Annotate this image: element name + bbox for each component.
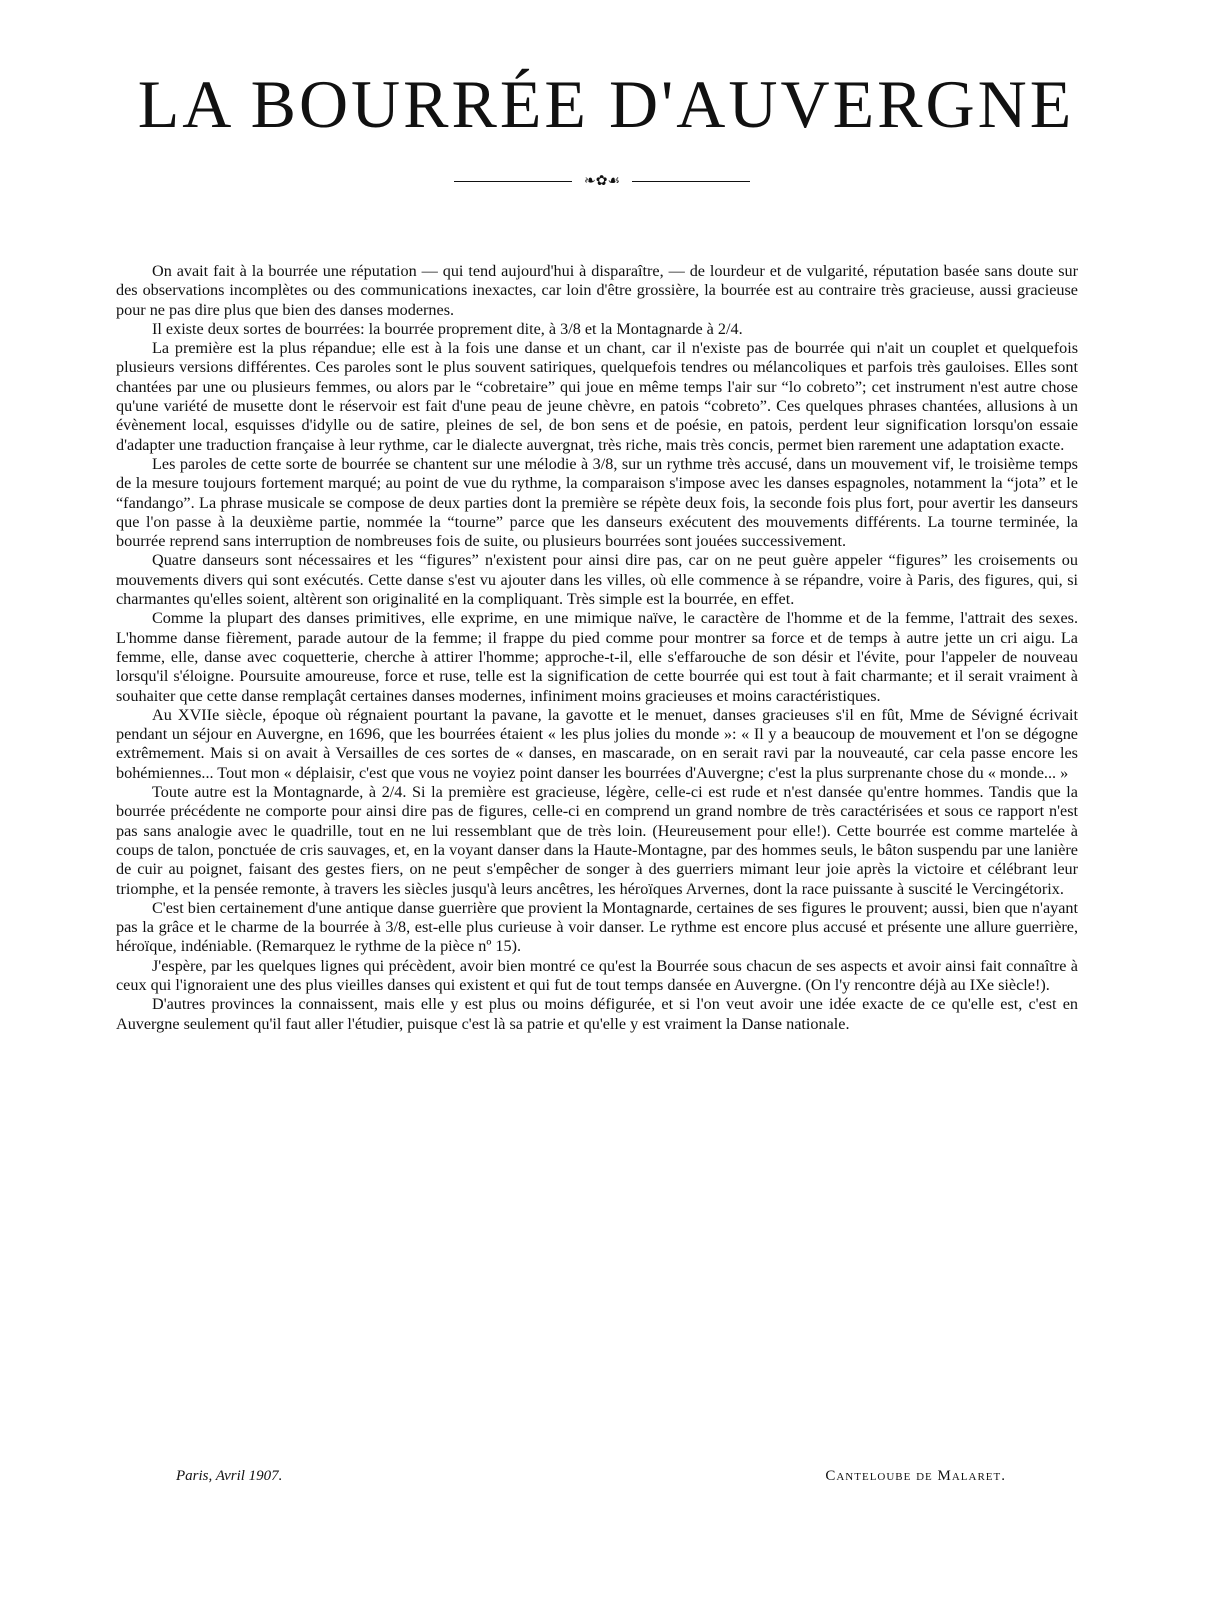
paragraph: D'autres provinces la connaissent, mais … (116, 995, 1078, 1034)
divider-rule-right (632, 181, 750, 182)
author-signature: Canteloube de Malaret. (825, 1468, 1006, 1485)
divider-rule-left (454, 181, 572, 182)
paragraph: Comme la plupart des danses primitives, … (116, 609, 1078, 705)
dateline: Paris, Avril 1907. (176, 1468, 282, 1485)
paragraph: Au XVIIe siècle, époque où régnaient pou… (116, 706, 1078, 783)
article-body: On avait fait à la bourrée une réputatio… (116, 262, 1078, 1034)
paragraph: C'est bien certainement d'une antique da… (116, 899, 1078, 957)
page-title: LA BOURRÉE D'AUVERGNE (0, 70, 1212, 138)
paragraph: Il existe deux sortes de bourrées: la bo… (116, 320, 1078, 339)
fleuron-icon: ❧✿☙ (572, 174, 632, 190)
paragraph: On avait fait à la bourrée une réputatio… (116, 262, 1078, 320)
ornamental-divider: ❧✿☙ (454, 174, 750, 190)
paragraph: Toute autre est la Montagnarde, à 2/4. S… (116, 783, 1078, 899)
paragraph: Quatre danseurs sont nécessaires et les … (116, 551, 1078, 609)
paragraph: Les paroles de cette sorte de bourrée se… (116, 455, 1078, 551)
document-page: LA BOURRÉE D'AUVERGNE ❧✿☙ On avait fait … (0, 0, 1212, 1600)
paragraph: J'espère, par les quelques lignes qui pr… (116, 957, 1078, 996)
paragraph: La première est la plus répandue; elle e… (116, 339, 1078, 455)
